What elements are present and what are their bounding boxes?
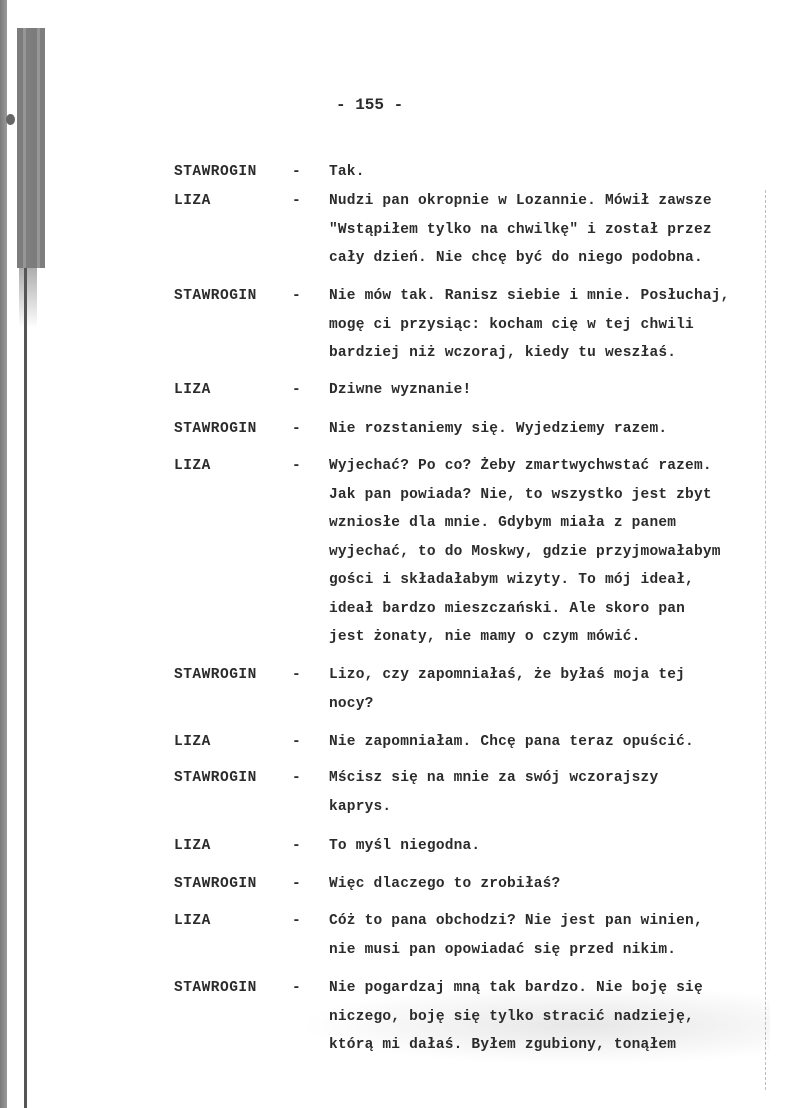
dialogue-line: Nie zapomniałam. Chcę pana teraz opuścić… bbox=[329, 734, 785, 750]
dialogue-line: Nie mów tak. Ranisz siebie i mnie. Posłu… bbox=[329, 288, 785, 304]
dialogue-line: Jak pan powiada? Nie, to wszystko jest z… bbox=[329, 487, 785, 503]
dialogue-line: ideał bardzo mieszczański. Ale skoro pan bbox=[329, 601, 785, 617]
dialogue-line: niczego, boję się tylko stracić nadzieję… bbox=[329, 1009, 785, 1025]
dialogue-line: Więc dlaczego to zrobiłaś? bbox=[329, 876, 785, 892]
dialogue-line: Nie rozstaniemy się. Wyjedziemy razem. bbox=[329, 421, 785, 437]
scan-binding-shadow bbox=[19, 268, 37, 328]
dialogue-line: mogę ci przysiąc: kocham cię w tej chwil… bbox=[329, 317, 785, 333]
dialogue-line: Cóż to pana obchodzi? Nie jest pan winie… bbox=[329, 913, 785, 929]
dialogue-line: "Wstąpiłem tylko na chwilkę" i został pr… bbox=[329, 222, 785, 238]
dialogue-line: Nudzi pan okropnie w Lozannie. Mówił zaw… bbox=[329, 193, 785, 209]
dialogue-line: nie musi pan opowiadać się przed nikim. bbox=[329, 942, 785, 958]
dialogue-line: Mścisz się na mnie za swój wczorajszy bbox=[329, 770, 785, 786]
dialogue-line: gości i składałabym wizyty. To mój ideał… bbox=[329, 572, 785, 588]
dialogue-line: To myśl niegodna. bbox=[329, 838, 785, 854]
dialogue-line: Wyjechać? Po co? Żeby zmartwychwstać raz… bbox=[329, 458, 785, 474]
ink-smudge bbox=[300, 985, 770, 1065]
dialogue-line: kaprys. bbox=[329, 799, 785, 815]
dialogue-line: Lizo, czy zapomniałaś, że byłaś moja tej bbox=[329, 667, 785, 683]
dialogue-line: cały dzień. Nie chcę być do niego podobn… bbox=[329, 250, 785, 266]
dialogue-line: Nie pogardzaj mną tak bardzo. Nie boję s… bbox=[329, 980, 785, 996]
scan-binding-line bbox=[24, 268, 27, 1108]
dialogue-line: wzniosłe dla mnie. Gdybym miała z panem bbox=[329, 515, 785, 531]
punch-hole-mark bbox=[6, 114, 15, 125]
page-number: - 155 - bbox=[336, 96, 403, 114]
dialogue-line: Dziwne wyznanie! bbox=[329, 382, 785, 398]
dialogue-line: bardziej niż wczoraj, kiedy tu weszłaś. bbox=[329, 345, 785, 361]
dialogue-line: którą mi dałaś. Byłem zgubiony, tonąłem bbox=[329, 1037, 785, 1053]
scan-binding-edge bbox=[0, 0, 7, 1108]
dialogue-line: nocy? bbox=[329, 696, 785, 712]
dialogue-line: Tak. bbox=[329, 164, 785, 180]
scan-binding-strip bbox=[17, 28, 45, 268]
dialogue-line: jest żonaty, nie mamy o czym mówić. bbox=[329, 629, 785, 645]
dialogue-line: wyjechać, to do Moskwy, gdzie przyjmował… bbox=[329, 544, 785, 560]
